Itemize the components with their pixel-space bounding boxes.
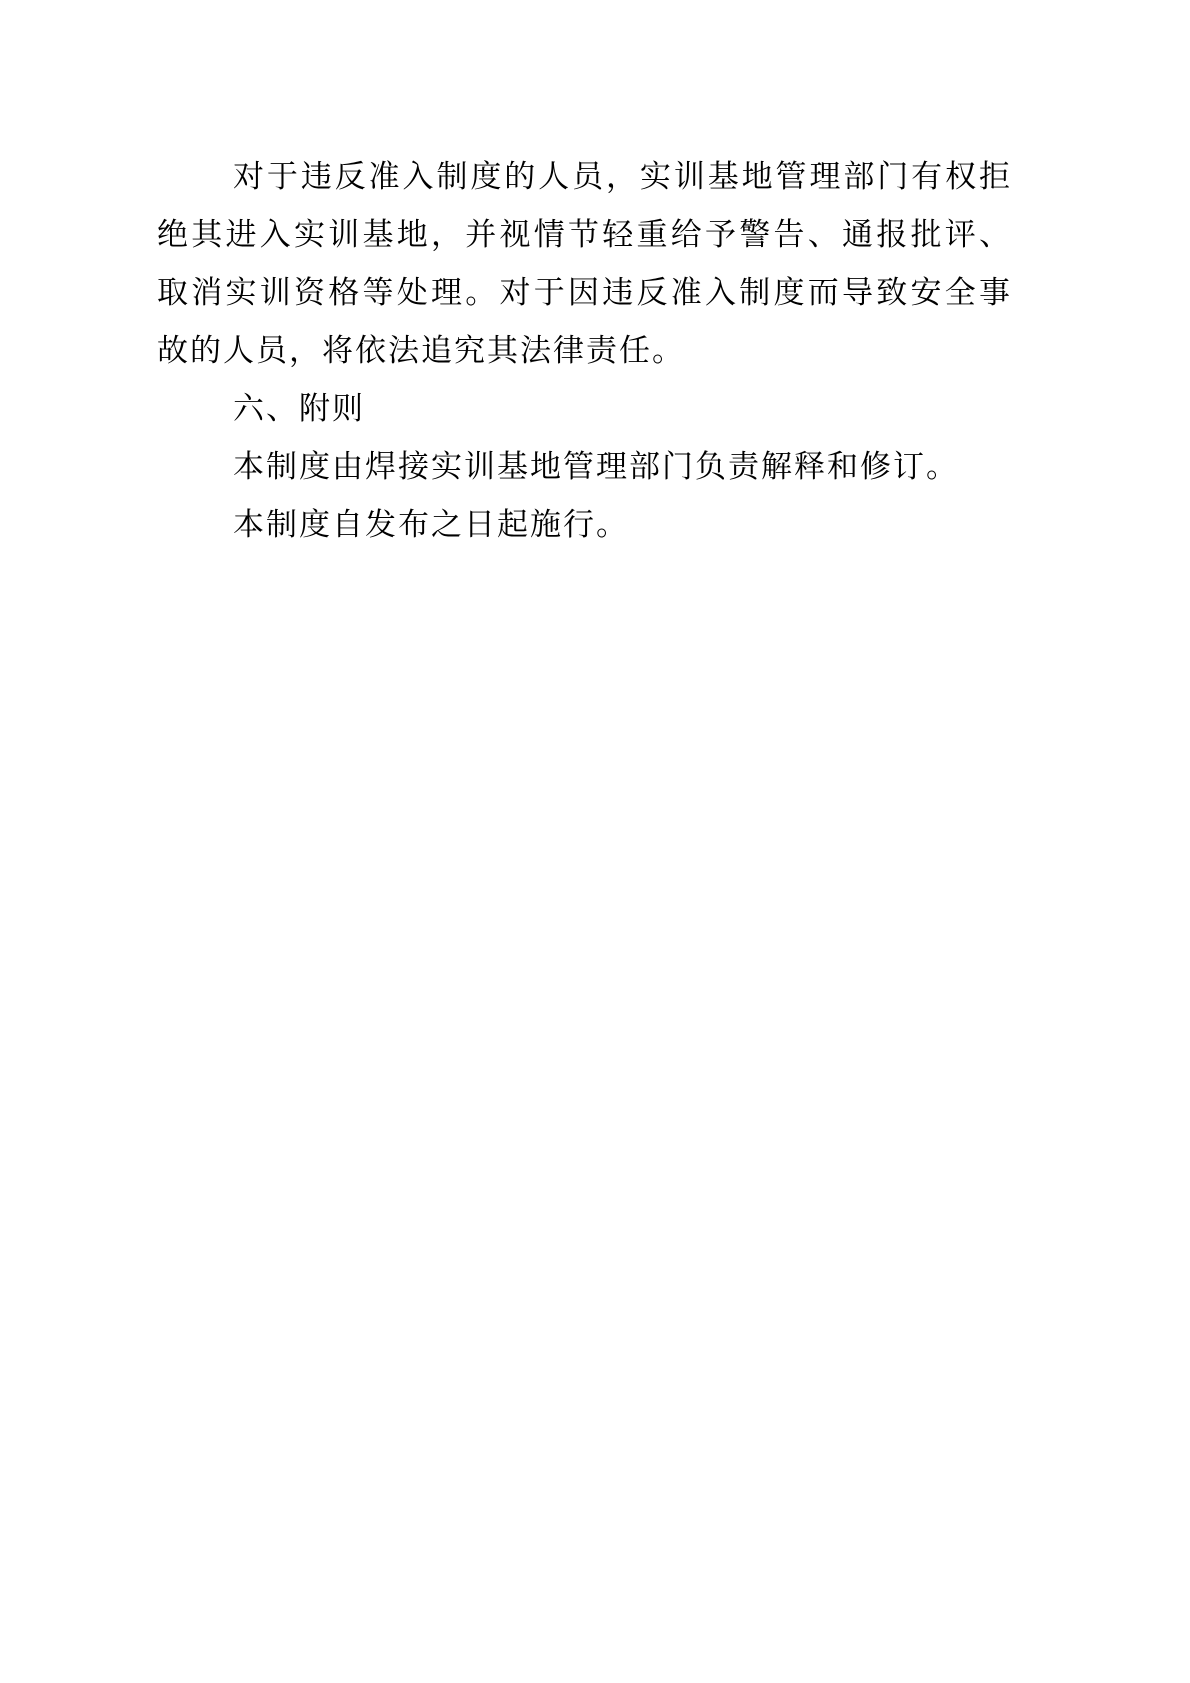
paragraph-violation-penalty: 对于违反准入制度的人员，实训基地管理部门有权拒绝其进入实训基地，并视情节轻重给予… bbox=[157, 148, 1012, 380]
paragraph-interpretation-revision: 本制度由焊接实训基地管理部门负责解释和修订。 bbox=[157, 438, 1012, 496]
document-text-block: 对于违反准入制度的人员，实训基地管理部门有权拒绝其进入实训基地，并视情节轻重给予… bbox=[157, 148, 1012, 554]
document-page: 对于违反准入制度的人员，实训基地管理部门有权拒绝其进入实训基地，并视情节轻重给予… bbox=[0, 0, 1190, 1683]
paragraph-effective-date: 本制度自发布之日起施行。 bbox=[157, 496, 1012, 554]
section-heading-supplementary-provisions: 六、附则 bbox=[157, 380, 1012, 438]
